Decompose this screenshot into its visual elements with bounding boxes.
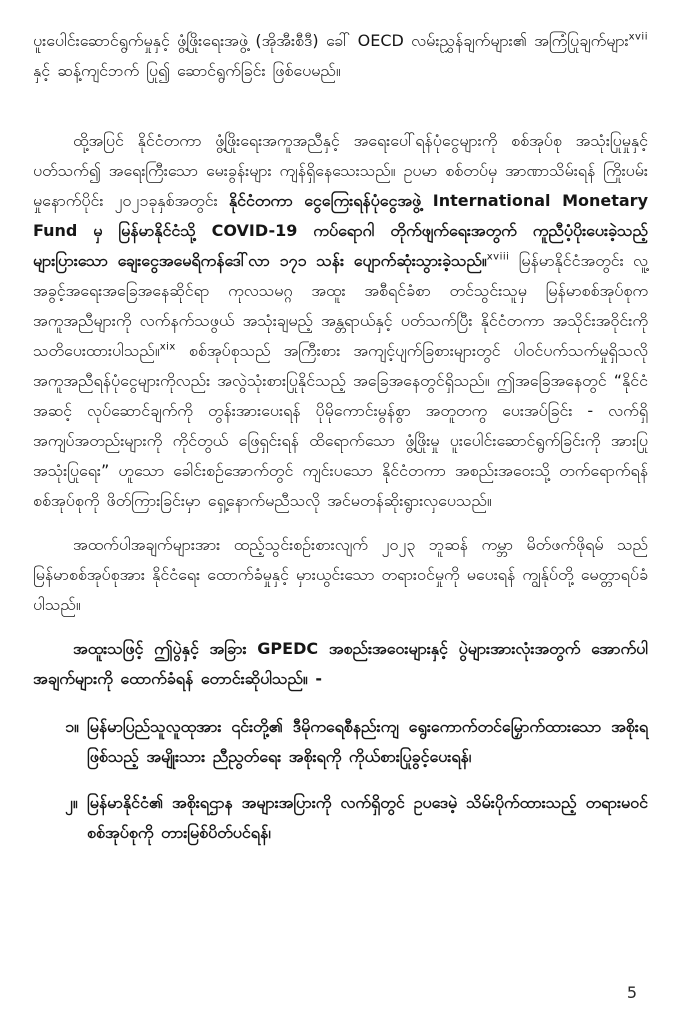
- paragraph-oecd-text-1: ပူးပေါင်းဆောင်ရွက်မှုနှင့် ဖွံ့ဖြိုးရေးအ…: [33, 31, 629, 50]
- demand-item-2: ၂။မြန်မာနိုင်ငံ၏ အစိုးရဌာန အများအပြားကို…: [65, 788, 648, 848]
- footnote-ref-xix: xix: [160, 342, 176, 353]
- demand-2-number: ၂။: [65, 788, 87, 818]
- paragraph-oecd-text-2: နှင့် ဆန့်ကျင်ဘက် ပြု၍ ဆောင်ရွက်ခြင်း ဖြ…: [33, 61, 341, 80]
- document-page: ပူးပေါင်းဆောင်ရွက်မှုနှင့် ဖွံ့ဖြိုးရေးအ…: [0, 0, 681, 1024]
- footnote-ref-xvii: xvii: [629, 32, 648, 43]
- paragraph-aid-funds: ထို့အပြင် နိုင်ငံတကာ ဖွံ့ဖြိုးရေးအကူအညီန…: [33, 126, 648, 516]
- paragraph-busan-appeal: အထက်ပါအချက်များအား ထည့်သွင်းစဉ်းစားလျက် …: [33, 530, 648, 620]
- footnote-ref-xviii: xviii: [487, 252, 510, 263]
- paragraph-gpedc-demand-intro: အထူးသဖြင့် ဤပွဲနှင့် အခြား GPEDC အစည်းအဝ…: [33, 634, 648, 694]
- demand-2-text: မြန်မာနိုင်ငံ၏ အစိုးရဌာန အများအပြားကို လ…: [87, 793, 648, 842]
- demand-1-text: မြန်မာပြည်သူလူထုအား ၎င်းတို့၏ ဒီမိုကရေစီ…: [87, 717, 648, 766]
- demand-1-number: ၁။: [65, 712, 87, 742]
- page-number: 5: [627, 983, 637, 1002]
- demand-item-1: ၁။မြန်မာပြည်သူလူထုအား ၎င်းတို့၏ ဒီမိုကရေ…: [65, 712, 648, 772]
- paragraph-aid-text-3: စစ်အုပ်စုသည် အကြီးစား အကျင့်ပျက်ခြစားမျာ…: [33, 341, 648, 510]
- demands-list: ၁။မြန်မာပြည်သူလူထုအား ၎င်းတို့၏ ဒီမိုကရေ…: [33, 712, 648, 848]
- paragraph-oecd-guidelines: ပူးပေါင်းဆောင်ရွက်မှုနှင့် ဖွံ့ဖြိုးရေးအ…: [33, 26, 648, 86]
